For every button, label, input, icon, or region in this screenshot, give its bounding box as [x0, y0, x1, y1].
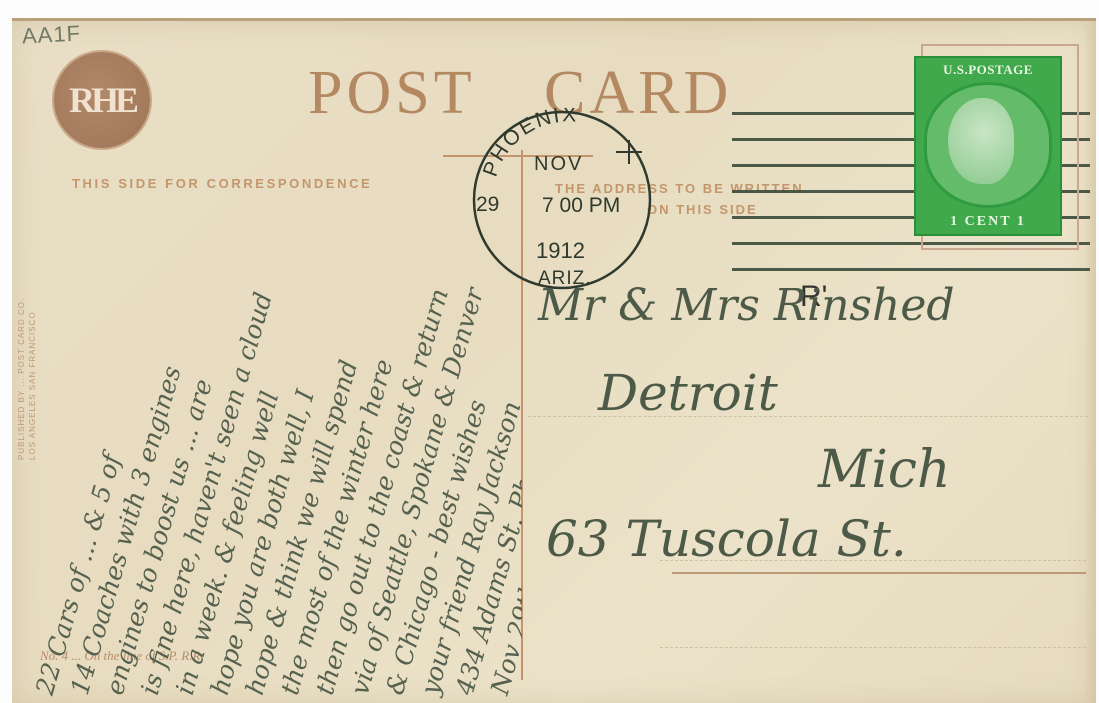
address-guide-line [660, 647, 1086, 648]
stamp-bottom-text: 1 CENT 1 [916, 214, 1060, 230]
postmark: PHOENIX NOV 29 7 00 PM 1912 ARIZ. [466, 108, 666, 298]
postmark-year: 1912 [536, 238, 585, 263]
address-guide-line [672, 572, 1086, 574]
address-name: Mr & Mrs Rinshed [538, 280, 955, 331]
postmark-time: 7 00 PM [542, 194, 620, 217]
postage-stamp: U.S.POSTAGE 1 CENT 1 [914, 56, 1062, 236]
washington-portrait-icon [948, 98, 1014, 184]
address-state: Mich [818, 440, 951, 500]
address-street: 63 Tuscola St. [546, 510, 907, 568]
stamp-top-text: U.S.POSTAGE [916, 62, 1060, 78]
handwritten-message: 22 Cars of ... & 5 of14 Coaches with 3 e… [0, 0, 522, 703]
postmark-month: NOV [534, 153, 583, 175]
address-city: Detroit [598, 364, 778, 422]
postmark-day: 29 [476, 193, 499, 216]
